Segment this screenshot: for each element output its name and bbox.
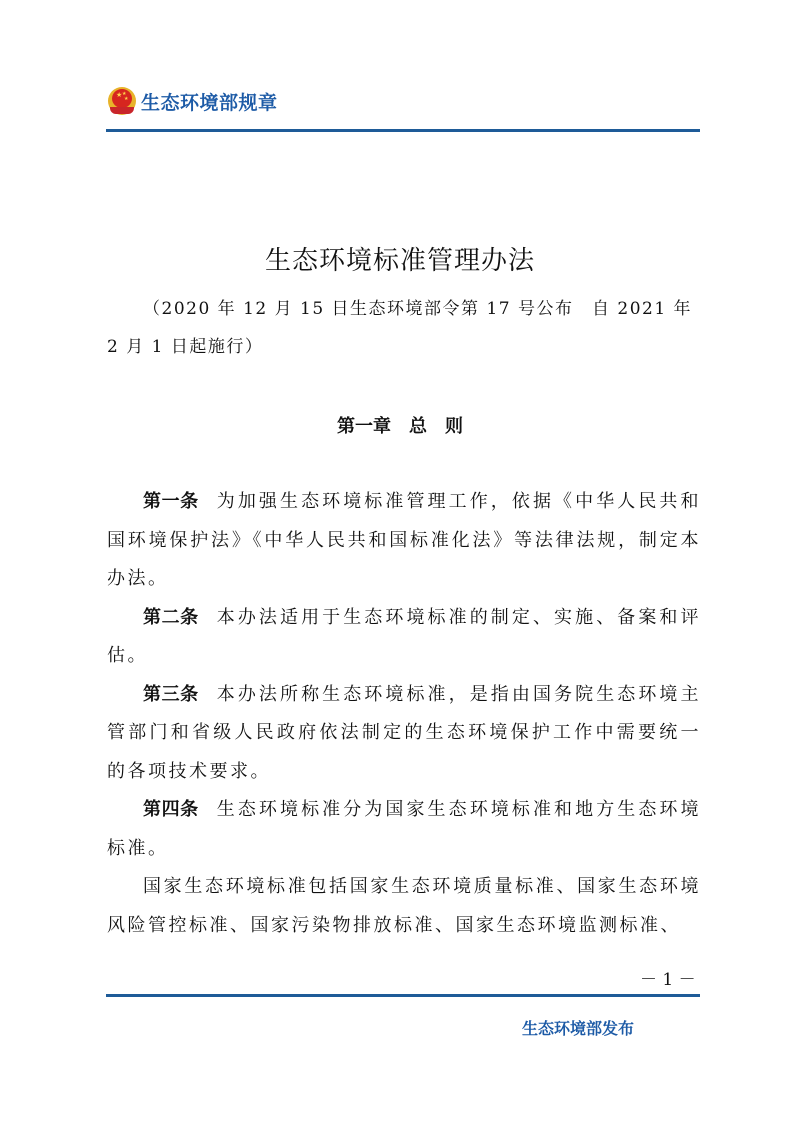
document-subtitle: （2020 年 12 月 15 日生态环境部令第 17 号公布 自 2021 年… [107,290,701,366]
article-1: 第一条为加强生态环境标准管理工作，依据《中华人民共和国环境保护法》《中华人民共和… [107,483,701,599]
document-title: 生态环境标准管理办法 [0,240,800,277]
header-divider [106,129,700,132]
article-label: 第一条 [143,491,199,512]
header-title: 生态环境部规章 [141,88,278,115]
article-3: 第三条本办法所称生态环境标准，是指由国务院生态环境主管部门和省级人民政府依法制定… [107,676,701,792]
national-emblem-icon: ★ ★ ★ [107,86,137,116]
article-4: 第四条生态环境标准分为国家生态环境标准和地方生态环境标准。 [107,791,701,868]
footer-divider [106,994,700,997]
subtitle-text: （2020 年 12 月 15 日生态环境部令第 17 号公布 自 2021 年… [107,299,692,357]
page-number: － 1 － [640,965,696,990]
article-label: 第二条 [143,607,199,628]
paragraph-text: 国家生态环境标准包括国家生态环境质量标准、国家生态环境风险管控标准、国家污染物排… [107,876,701,936]
footer-publisher: 生态环境部发布 [522,1016,634,1039]
article-label: 第三条 [143,684,199,705]
page-header: ★ ★ ★ 生态环境部规章 [107,86,278,116]
document-body: 第一条为加强生态环境标准管理工作，依据《中华人民共和国环境保护法》《中华人民共和… [107,483,701,945]
article-2: 第二条本办法适用于生态环境标准的制定、实施、备案和评估。 [107,599,701,676]
article-label: 第四条 [143,799,199,820]
chapter-heading: 第一章 总 则 [0,412,800,438]
paragraph: 国家生态环境标准包括国家生态环境质量标准、国家生态环境风险管控标准、国家污染物排… [107,868,701,945]
